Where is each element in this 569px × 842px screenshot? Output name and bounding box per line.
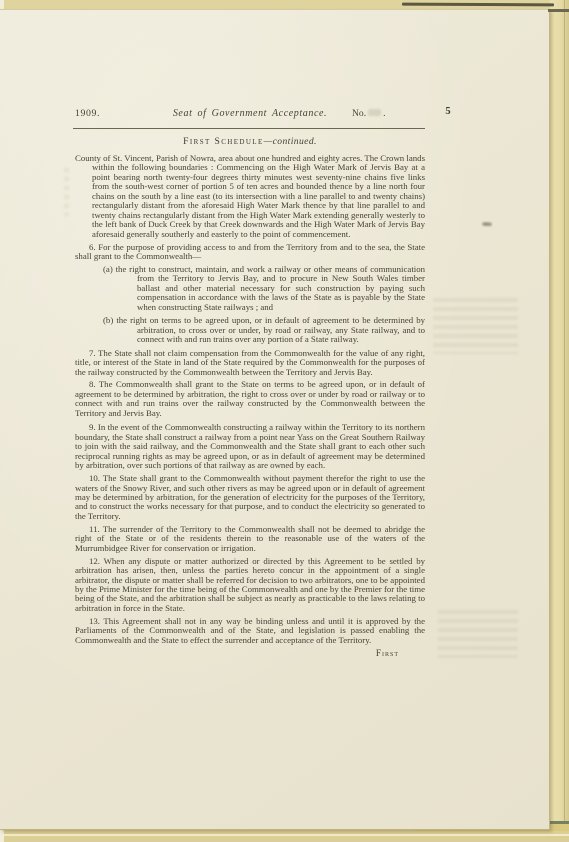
header-number: No.. — [352, 108, 386, 119]
paragraph-clause-11: 11. The surrender of the Territory to th… — [75, 525, 425, 553]
schedule-heading-continued: —continued. — [264, 136, 317, 147]
header-number-period: . — [383, 108, 385, 119]
ink-bleedthrough — [64, 168, 69, 216]
text-block: First Schedule—continued. County of St. … — [75, 136, 425, 658]
paragraph-clause-9: 9. In the event of the Commonwealth cons… — [75, 423, 425, 470]
paragraph-clause-8: 8. The Commonwealth shall grant to the S… — [75, 380, 425, 418]
page-top-edge-line — [402, 3, 554, 7]
erased-number-smudge — [368, 109, 381, 116]
item-b-text: the right on terms to be agreed upon, or… — [116, 315, 425, 344]
scan-background-right — [550, 0, 569, 842]
scanned-document: { "colors": { "paper": "#ebe6d3", "backg… — [0, 0, 569, 842]
item-b-label: (b) — [103, 315, 113, 325]
ink-bleedthrough — [433, 298, 518, 354]
header-rule — [73, 128, 425, 129]
schedule-heading-title: First Schedule — [183, 136, 264, 147]
paragraph-county-description: County of St. Vincent, Parish of Nowra, … — [75, 154, 425, 239]
item-a-label: (a) — [103, 264, 113, 274]
paragraph-clause-6: 6. For the purpose of providing access t… — [75, 243, 425, 262]
page-number: 5 — [438, 106, 458, 117]
header-year: 1909. — [75, 108, 100, 119]
paragraph-clause-7: 7. The State shall not claim compensatio… — [75, 349, 425, 377]
faint-pencil-smudge — [482, 221, 492, 227]
schedule-heading: First Schedule—continued. — [75, 136, 425, 147]
catchword: First — [75, 649, 425, 658]
paragraph-item-a: (a) the right to construct, maintain, an… — [75, 265, 425, 312]
paragraph-clause-12: 12. When any dispute or matter authorize… — [75, 557, 425, 614]
paragraph-clause-10: 10. The State shall grant to the Commonw… — [75, 474, 425, 521]
page-top-edge-extension — [548, 9, 569, 12]
paragraph-item-b: (b) the right on terms to be agreed upon… — [75, 316, 425, 344]
item-a-text: the right to construct, maintain, and wo… — [116, 264, 425, 312]
paragraph-clause-13: 13. This Agreement shall not in any way … — [75, 617, 425, 645]
header-number-label: No. — [352, 108, 366, 119]
underpage-bottom-line — [0, 834, 569, 836]
ink-bleedthrough — [438, 610, 518, 658]
document-page: 1909. Seat of Government Acceptance. No.… — [0, 9, 550, 830]
underpage-edge-line — [564, 0, 565, 842]
